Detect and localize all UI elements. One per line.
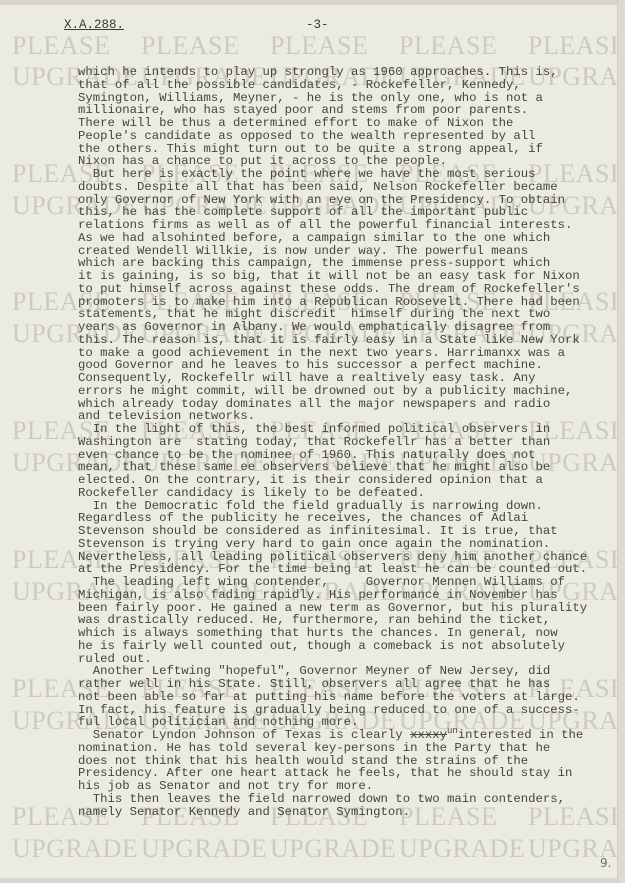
text-line: to put himself across against these odds… [78, 283, 617, 296]
document-reference: X.A.288. [64, 18, 124, 32]
watermark-word: UPGRADE [399, 834, 528, 864]
text-line: errors he might commit, will be drowned … [78, 385, 617, 398]
folio-number: 9. [600, 856, 611, 870]
watermark-word: PLEASE [528, 31, 617, 61]
text-line: Senator Lyndon Johnson of Texas is clear… [78, 729, 617, 742]
document-page: PLEASEPLEASEPLEASEPLEASEPLEASEPLEASEPLEA… [0, 0, 617, 883]
watermark-word: UPGRADE [141, 834, 270, 864]
text-line: elected. On the contrary, it is their co… [78, 474, 617, 487]
page-header: X.A.288. -3- [64, 18, 604, 34]
text-line: relations firms as well as of all the po… [78, 219, 617, 232]
text-line: Stevenson is trying very hard to gain on… [78, 538, 617, 551]
text-line: Stevenson should be considered as infini… [78, 525, 617, 538]
scan-top-edge [0, 0, 617, 5]
text-line: Consequently, Rockefellr will have a rea… [78, 372, 617, 385]
page-right-edge [617, 0, 625, 883]
watermark-word: PLEASE [399, 31, 528, 61]
text-line: In the light of this, the best informed … [78, 423, 617, 436]
text-line: nomination. He has told several key-pers… [78, 742, 617, 755]
text-line: Michigan, is also fading rapidly. His pe… [78, 589, 617, 602]
text-line: But here is exactly the point where we h… [78, 168, 617, 181]
typed-body-text: which he intends to play up strongly as … [78, 66, 617, 818]
text-line: he is fairly well counted out, though a … [78, 640, 617, 653]
watermark-word: PLEASE [12, 31, 141, 61]
watermark-word: PLEASE [270, 31, 399, 61]
text-line: doubts. Despite all that has been said, … [78, 181, 617, 194]
watermark-word: UPGRADE [270, 834, 399, 864]
page-marker: -3- [306, 18, 329, 32]
text-line: this. The reason is, that it is fairly e… [78, 334, 617, 347]
watermark-row-please: PLEASEPLEASEPLEASEPLEASEPLEASE [12, 31, 617, 61]
text-line: namely Senator Kennedy and Senator Symin… [78, 806, 617, 819]
text-line: that of all the possible candidates, - R… [78, 79, 617, 92]
text-line: There will be thus a determined effort t… [78, 117, 617, 130]
text-line: As we had alsohinted before, a campaign … [78, 232, 617, 245]
text-line: People's candidate as opposed to the wea… [78, 130, 617, 143]
watermark-row-upgrade: UPGRADEUPGRADEUPGRADEUPGRADEUPGRADE [12, 834, 617, 864]
text-line: his job as Senator and not try for more. [78, 780, 617, 793]
scan-bottom-edge [0, 878, 617, 883]
watermark-word: PLEASE [141, 31, 270, 61]
text-line: rather well in his State. Still, observe… [78, 678, 617, 691]
text-line: years as Governor in Albany. We would em… [78, 321, 617, 334]
text-line: The leading left wing contender, Governo… [78, 576, 617, 589]
text-line: Rockefeller candidacy is likely to be de… [78, 487, 617, 500]
text-line: which he intends to play up strongly as … [78, 66, 617, 79]
inserted-correction: un [447, 726, 458, 736]
text-line: not been able so far at putting his name… [78, 691, 617, 704]
text-line: which is always something that hurts the… [78, 627, 617, 640]
text-line: This then leaves the field narrowed down… [78, 793, 617, 806]
struck-text: xxxxy [410, 728, 447, 742]
watermark-word: UPGRADE [12, 834, 141, 864]
text-line: it is gaining, is so big, that it will n… [78, 270, 617, 283]
text-line: Washington are stating today, that Rocke… [78, 436, 617, 449]
